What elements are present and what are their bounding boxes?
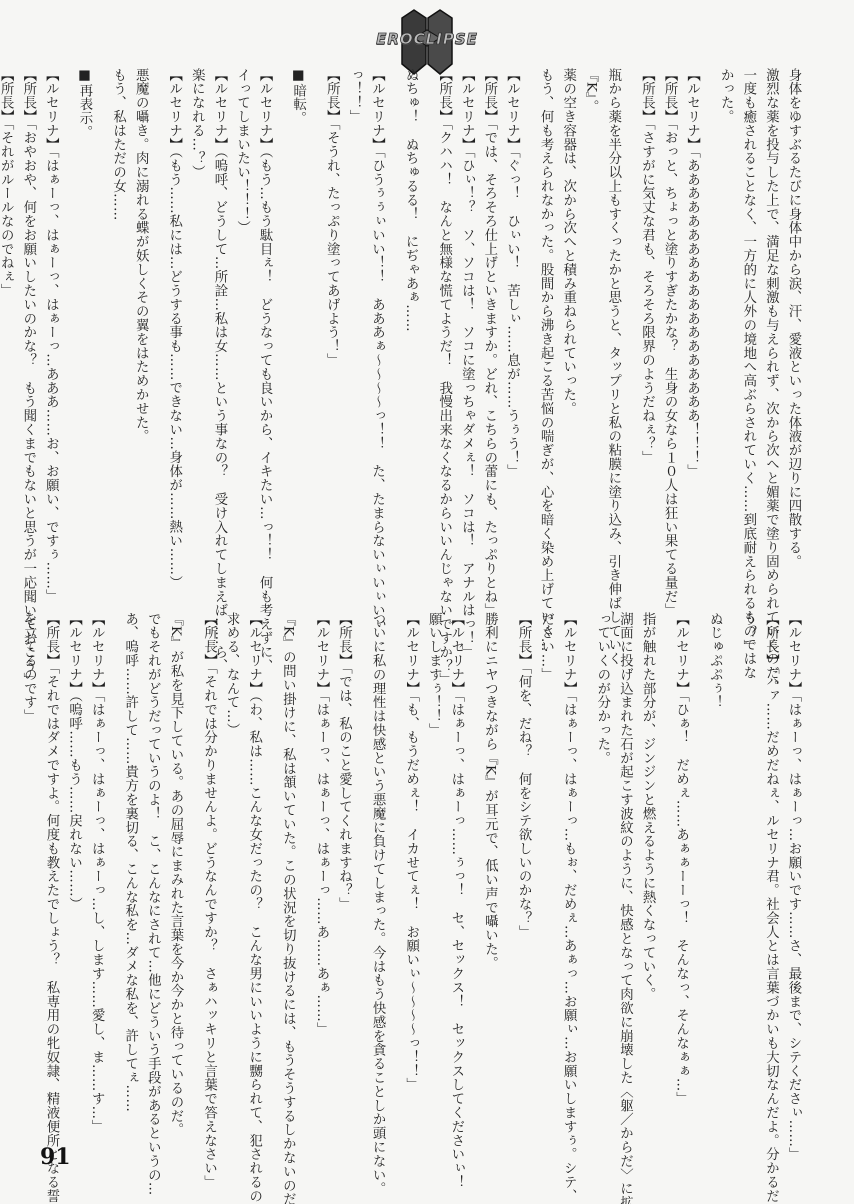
- paragraph-gap: [265, 612, 276, 1172]
- text-line: 【ルセリナ】「はぁーっ、はぁーっ、はぁーっ…し、します……愛し、ま……す…」: [85, 612, 108, 1172]
- text-line: 瓶から薬を半分以上もすくったかと思うと、タップリと私の粘膜に塗り込み、引き伸ばし…: [601, 68, 624, 588]
- text-line: ださい…」: [534, 612, 557, 1172]
- text-line: 【所長】「では、私のこと愛してくれますね？」: [332, 612, 355, 1172]
- paragraph-gap: [421, 68, 432, 588]
- text-line: 【ルセリナ】「ぐっ！ ひぃい！ 苦しぃ……息が……うぅう！」: [500, 68, 523, 588]
- paragraph-gap: [579, 612, 590, 1172]
- paragraph-gap: [186, 612, 197, 1172]
- paragraph-gap: [95, 68, 106, 588]
- paragraph-gap: [388, 612, 399, 1172]
- text-line: 指が触れた部分が、ジンジンと燃えるように熱くなっていく。: [635, 612, 658, 1172]
- text-line: 『K』の問い掛けに、私は頷いていた。この状況を切り抜けるには、もうそうするしかな…: [276, 612, 299, 1172]
- paragraph-gap: [522, 68, 533, 588]
- paragraph-gap: [61, 68, 72, 588]
- text-line: 激烈な薬を投与した上で、満足な刺激も与えられず、次から次へと媚薬で塗り固められて…: [759, 68, 782, 588]
- text-line: もう、何も考えられなかった。股間から沸き起こる苦悩の喘ぎが、心を暗く染め上げてい…: [533, 68, 556, 588]
- paragraph-gap: [725, 612, 736, 1172]
- text-line: う？」: [736, 612, 759, 1172]
- text-line: 【所長】「クハハ！ なんと無様な慌てようだ！ 我慢出来なくなるからいいんじゃない…: [432, 68, 455, 588]
- paragraph-gap: [298, 612, 309, 1172]
- text-line: 願いしますぅ！！」: [422, 612, 445, 1172]
- text-line: 【ルセリナ】「ひぁ！ だめぇ……あぁぁーーっ！ そんなっ、そんなぁぁ…」: [669, 612, 692, 1172]
- text-line: 勝利にニヤつきながら『K』が耳元で、低い声で囁いた。: [478, 612, 501, 1172]
- text-line: 身体をゆすぶるたびに身体中から涙、汗、愛液といった体液が辺りに四散する。: [781, 68, 804, 588]
- text-line: 【ルセリナ】（嗚呼……もう……戻れない……）: [62, 612, 85, 1172]
- paragraph-gap: [151, 68, 162, 588]
- text-line: を立てるのです」: [17, 612, 40, 1172]
- text-line: ついに私の理性は快感という悪魔に負けてしまった。今はもう快感を貪ることしか頭にな…: [366, 612, 389, 1172]
- text-line: 湖面に投げ込まれた石が起こす波紋のように、快感となって肉欲に崩壊した〈躯／からだ…: [613, 612, 636, 1172]
- text-line: 一度も癒されることなく、一方的に人外の境地へ高ぶらされていく……到底耐えられるも…: [736, 68, 759, 588]
- text-line: 【ルセリナ】「はぁーっ、はぁーっ…もぉ、だめぇ…あぁっ…お願ぃ…お願いしますぅ。…: [557, 612, 580, 1172]
- paragraph-gap: [467, 612, 478, 1172]
- text-line: 【ルセリナ】「はぁーっ、はぁーっ、はぁーっ…あああ……お、お願い、ですぅ……」: [39, 68, 62, 588]
- paragraph-gap: [275, 68, 286, 588]
- text-line: 【所長】「そうれ、たっぷり塗ってあげよう！」: [320, 68, 343, 588]
- text-line: 【所長】「それでは分かりませんよ。どうなんですか？ さぁハッキリと言葉で答えなさ…: [197, 612, 220, 1172]
- paragraph-gap: [692, 612, 703, 1172]
- logo-wordmark: EROCLIPSE: [352, 30, 502, 48]
- text-line: 【ルセリナ】（嗚呼、どうして…所詮…私は女……という事なの？ 受け入れてしまえば…: [207, 68, 230, 588]
- paragraph-gap: [309, 68, 320, 588]
- text-line: っていくのが分かった。: [590, 612, 613, 1172]
- text-line: 『K』が私を見下している。あの屈辱にまみれた言葉を今か今かと待っているのだ。: [163, 612, 186, 1172]
- paragraph-gap: [355, 612, 366, 1172]
- text-line: 【所長】「それではダメですよ。何度も教えたでしょう？ 私専用の牝奴隷、精液便所と…: [39, 612, 62, 1172]
- text-line: 【ルセリナ】（もう…もう駄目ぇ！ どうなっても良いから、イキたい…っ！！ 何も考…: [253, 68, 276, 588]
- bottom-text-tier: 【ルセリナ】「はぁーっ、はぁーっ…お願いです……さ、最後まで、シテくださぃ……」…: [17, 612, 804, 1172]
- text-line: 【ルセリナ】「あああああああああああああああああああ！！！」: [680, 68, 703, 588]
- text-line: 楽になれる…？）: [185, 68, 208, 588]
- text-line: 【所長】「何を、だね？ 何をシテ欲しいのかな？」: [511, 612, 534, 1172]
- text-line: でもそれがどうだっていうのよ！ こ、こんなにされて…他にどういう手段があるという…: [141, 612, 164, 1172]
- text-line: 薬の空き容器は、次から次へと積み重ねられていった。: [556, 68, 579, 588]
- text-line: っ！！」: [342, 68, 365, 588]
- text-line: 『K』。: [579, 68, 602, 588]
- paragraph-gap: [388, 68, 399, 588]
- text-line: 【所長】「おっと、ちょっと塗りすぎたかな？ 生身の女なら１０人は狂い果てる量だ」: [657, 68, 680, 588]
- top-text-tier: 身体をゆすぶるたびに身体中から涙、汗、愛液といった体液が辺りに四散する。激烈な薬…: [0, 68, 804, 588]
- text-line: もう、私はただの女……: [106, 68, 129, 588]
- text-line: かった。: [714, 68, 737, 588]
- text-line: 【ルセリナ】「はぁーっ、はぁーっ…お願いです……さ、最後まで、シテくださぃ……」: [781, 612, 804, 1172]
- text-line: 【所長】「おやおや、何をお願いしたいのかな？ もう聞くまでもないと思うが一応聞い…: [16, 68, 39, 588]
- text-line: 【ルセリナ】（もう……私には…どうする事も……できない…身体が……熱い……）: [162, 68, 185, 588]
- text-line: 悪魔の囁き。肉に溺れる蝶が妖しくその翼をはためかせた。: [129, 68, 152, 588]
- text-line: 【所長】「ハァ……だめだねぇ、ルセリナ君。社会人とは言葉づかいも大切なんだよ。分…: [759, 612, 782, 1172]
- text-line: イってしまいたい！！！）: [230, 68, 253, 588]
- paragraph-gap: [500, 612, 511, 1172]
- text-line: ぬじゅぷぷぅ！: [703, 612, 726, 1172]
- text-line: ぬちゅ！ ぬちゅるる！ にぢゃあぁ……: [399, 68, 422, 588]
- paragraph-gap: [703, 68, 714, 588]
- paragraph-gap: [658, 612, 669, 1172]
- text-line: 【所長】「さすがに気丈な君も、そろそろ限界のようだねぇ？」: [635, 68, 658, 588]
- text-line: 【所長】「それがルールなのでねぇ」: [0, 68, 16, 588]
- text-line: ■暗転。: [286, 68, 309, 588]
- paragraph-gap: [624, 68, 635, 588]
- text-line: 【ルセリナ】「はぁーっ、はぁーっ、はぁーっ……あ……あぁ……」: [309, 612, 332, 1172]
- text-line: ■再表示。: [72, 68, 95, 588]
- page-number: 91: [40, 1144, 71, 1170]
- text-line: 求める、なんて…）: [220, 612, 243, 1172]
- paragraph-gap: [107, 612, 118, 1172]
- text-line: 【所長】「では、そろそろ仕上げといきますか。どれ、こちらの蕾にも、たっぷりとね」: [477, 68, 500, 588]
- text-line: 【ルセリナ】「ひぃ！？ ソ、ソコは！ ソコに塗っちゃダメぇ！ ソコは！ アナルは…: [455, 68, 478, 588]
- text-line: 【ルセリナ】（わ、私は……こんな女だったの？ こんな男にいいように嬲られて、犯さ…: [242, 612, 265, 1172]
- text-line: 【ルセリナ】「はぁーっ、はぁーっ……ぅっ！ セ、セックス！ セックスしてください…: [444, 612, 467, 1172]
- text-line: 【ルセリナ】「も、もうだめぇ！ イカせてぇ！ お願いぃ～～～～っ！！」: [399, 612, 422, 1172]
- text-line: 【ルセリナ】「ひうぅぅぃいい！！ あああぁ～～～～っ！！ た、たまらないぃいぃい…: [365, 68, 388, 588]
- text-line: あ、嗚呼……許して……貴方を裏切る、こんな私を…ダメな私を、許してぇ……: [118, 612, 141, 1172]
